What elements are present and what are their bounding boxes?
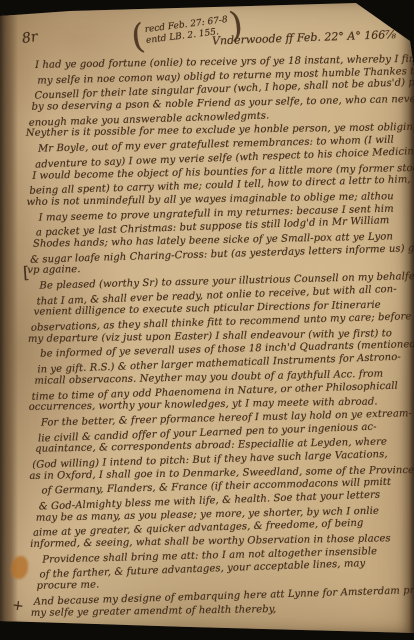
folio-number: 8r [21, 29, 39, 47]
ink-stain [60, 0, 70, 7]
letter-page: 8r ( recd Feb. 27: 67-8 entd LB. 2. 155.… [0, 0, 414, 640]
endorsement-note: ( recd Feb. 27: 67-8 entd LB. 2. 155. ) [129, 7, 244, 54]
manuscript-scan: 8r ( recd Feb. 27: 67-8 entd LB. 2. 155.… [0, 0, 414, 640]
letter-body: I had ye good fortune (onlie) to receive… [0, 55, 414, 621]
